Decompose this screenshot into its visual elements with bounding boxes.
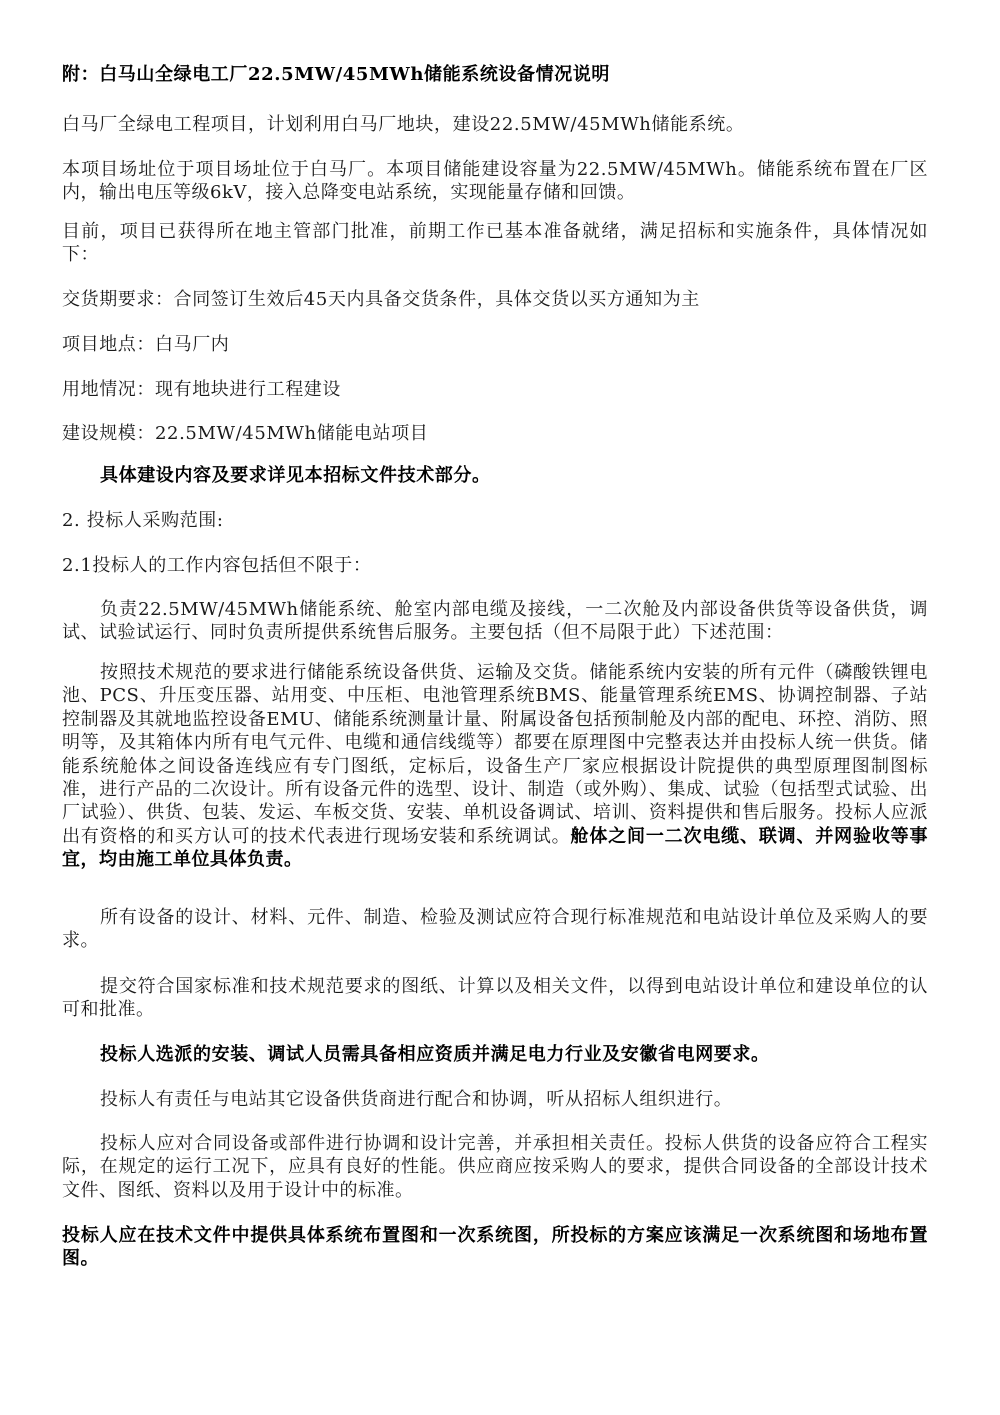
scope-paragraph-4: 提交符合国家标准和技术规范要求的图纸、计算以及相关文件，以得到电站设计单位和建设… [62, 975, 928, 1022]
fact-delivery-label: 交货期要求： [62, 289, 174, 310]
scope-paragraph-6: 投标人应对合同设备或部件进行协调和设计完善，并承担相关责任。投标人供货的设备应符… [62, 1132, 928, 1202]
intro-paragraph-3: 目前，项目已获得所在地主管部门批准，前期工作已基本准备就绪，满足招标和实施条件，… [62, 220, 928, 267]
document-title: 附：白马山全绿电工厂22.5MW/45MWh储能系统设备情况说明 [62, 64, 610, 86]
fact-land-value: 现有地块进行工程建设 [155, 379, 341, 400]
section-2-1-heading: 2.1投标人的工作内容包括但不限于： [62, 555, 371, 577]
fact-land-label: 用地情况： [62, 379, 155, 400]
section-2-heading: 2. 投标人采购范围: [62, 510, 224, 532]
fact-scale-value: 22.5MW/45MWh储能电站项目 [155, 423, 428, 444]
intro-paragraph-2: 本项目场址位于项目场址位于白马厂。本项目储能建设容量为22.5MW/45MWh。… [62, 158, 928, 205]
bold-qualification: 投标人选派的安装、调试人员需具备相应资质并满足电力行业及安徽省电网要求。 [100, 1044, 770, 1066]
fact-location-value: 白马厂内 [155, 334, 229, 355]
bold-note: 具体建设内容及要求详见本招标文件技术部分。 [100, 465, 491, 487]
fact-delivery: 交货期要求：合同签订生效后45天内具备交货条件，具体交货以买方通知为主 [62, 289, 700, 311]
fact-scale: 建设规模：22.5MW/45MWh储能电站项目 [62, 423, 428, 445]
scope-paragraph-1: 负责22.5MW/45MWh储能系统、舱室内部电缆及接线，一二次舱及内部设备供货… [62, 598, 928, 645]
intro-paragraph-1: 白马厂全绿电工程项目，计划利用白马厂地块，建设22.5MW/45MWh储能系统。 [62, 114, 745, 136]
fact-location: 项目地点：白马厂内 [62, 334, 229, 356]
fact-land: 用地情况：现有地块进行工程建设 [62, 379, 341, 401]
fact-scale-label: 建设规模： [62, 423, 155, 444]
scope-paragraph-3: 所有设备的设计、材料、元件、制造、检验及测试应符合现行标准规范和电站设计单位及采… [62, 906, 928, 953]
bold-final: 投标人应在技术文件中提供具体系统布置图和一次系统图，所投标的方案应该满足一次系统… [62, 1224, 928, 1271]
scope-paragraph-2-text: 按照技术规范的要求进行储能系统设备供货、运输及交货。储能系统内安装的所有元件（磷… [62, 662, 928, 847]
scope-paragraph-2: 按照技术规范的要求进行储能系统设备供货、运输及交货。储能系统内安装的所有元件（磷… [62, 661, 928, 872]
fact-delivery-value: 合同签订生效后45天内具备交货条件，具体交货以买方通知为主 [174, 289, 700, 310]
scope-paragraph-5: 投标人有责任与电站其它设备供货商进行配合和协调，听从招标人组织进行。 [100, 1089, 732, 1111]
fact-location-label: 项目地点： [62, 334, 155, 355]
